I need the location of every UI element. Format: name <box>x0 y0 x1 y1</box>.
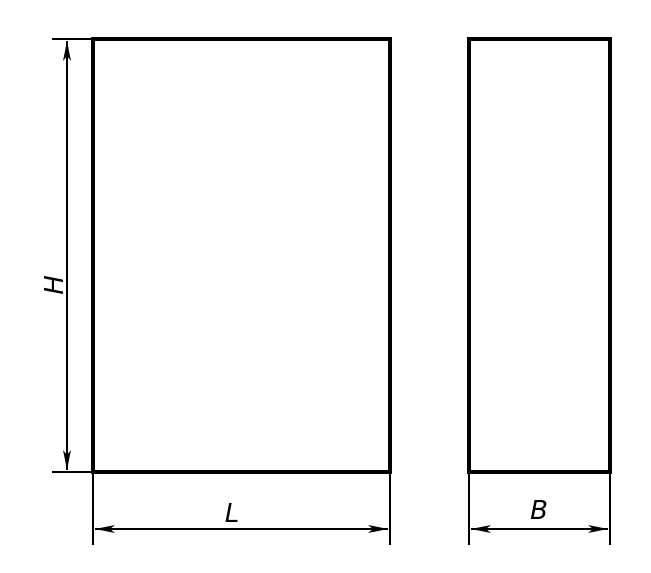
height-label: H <box>40 275 70 295</box>
side-view <box>469 39 610 472</box>
height-dimension: H <box>40 39 93 472</box>
front-view <box>93 39 390 472</box>
side-view-outline <box>469 39 610 472</box>
drawing-canvas: H L B <box>0 0 651 573</box>
width-label: B <box>530 496 548 526</box>
length-dimension: L <box>93 472 390 545</box>
length-label: L <box>225 499 240 529</box>
width-dimension: B <box>469 472 610 545</box>
front-view-outline <box>93 39 390 472</box>
